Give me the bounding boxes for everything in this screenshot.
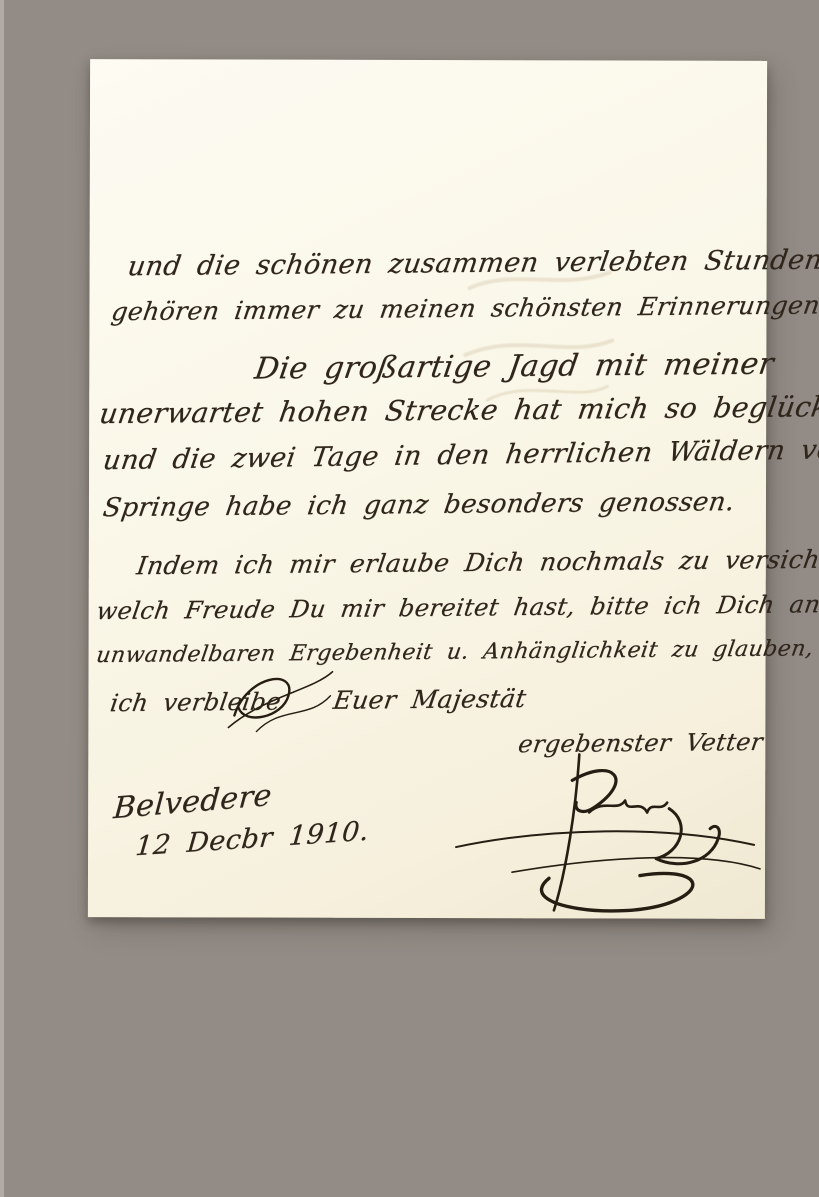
place-line: Belvedere bbox=[112, 778, 273, 826]
letter-line: Indem ich mir erlaube Dich nochmals zu v… bbox=[135, 544, 819, 580]
letter-line: und die zwei Tage in den herrlichen Wäld… bbox=[101, 434, 819, 476]
letter-line: unerwartet hohen Strecke hat mich so beg… bbox=[97, 390, 819, 430]
letter-line: Springe habe ich ganz besonders genossen… bbox=[101, 487, 737, 523]
signature bbox=[454, 752, 762, 915]
letter-line: und die schönen zusammen verlebten Stund… bbox=[126, 245, 819, 283]
letter-line: welch Freude Du mir bereitet hast, bitte… bbox=[95, 589, 819, 625]
closing-line: ergebenster Vetter bbox=[516, 728, 765, 758]
letter-line: Die großartige Jagd mit meiner bbox=[252, 347, 776, 387]
letter-line: gehören immer zu meinen schönsten Erinne… bbox=[109, 290, 819, 326]
date-line: 12 Decbr 1910. bbox=[134, 816, 370, 862]
letter-line: Euer Majestät bbox=[331, 684, 528, 715]
photo-of-letter: und die schönen zusammen verlebten Stund… bbox=[0, 0, 819, 1197]
scan-edge-strip bbox=[0, 0, 4, 1197]
letter-line: unwandelbaren Ergebenheit u. Anhänglichk… bbox=[95, 635, 819, 668]
letter-paper: und die schönen zusammen verlebten Stund… bbox=[88, 59, 767, 919]
letter-line: ich verbleibe bbox=[108, 688, 283, 718]
